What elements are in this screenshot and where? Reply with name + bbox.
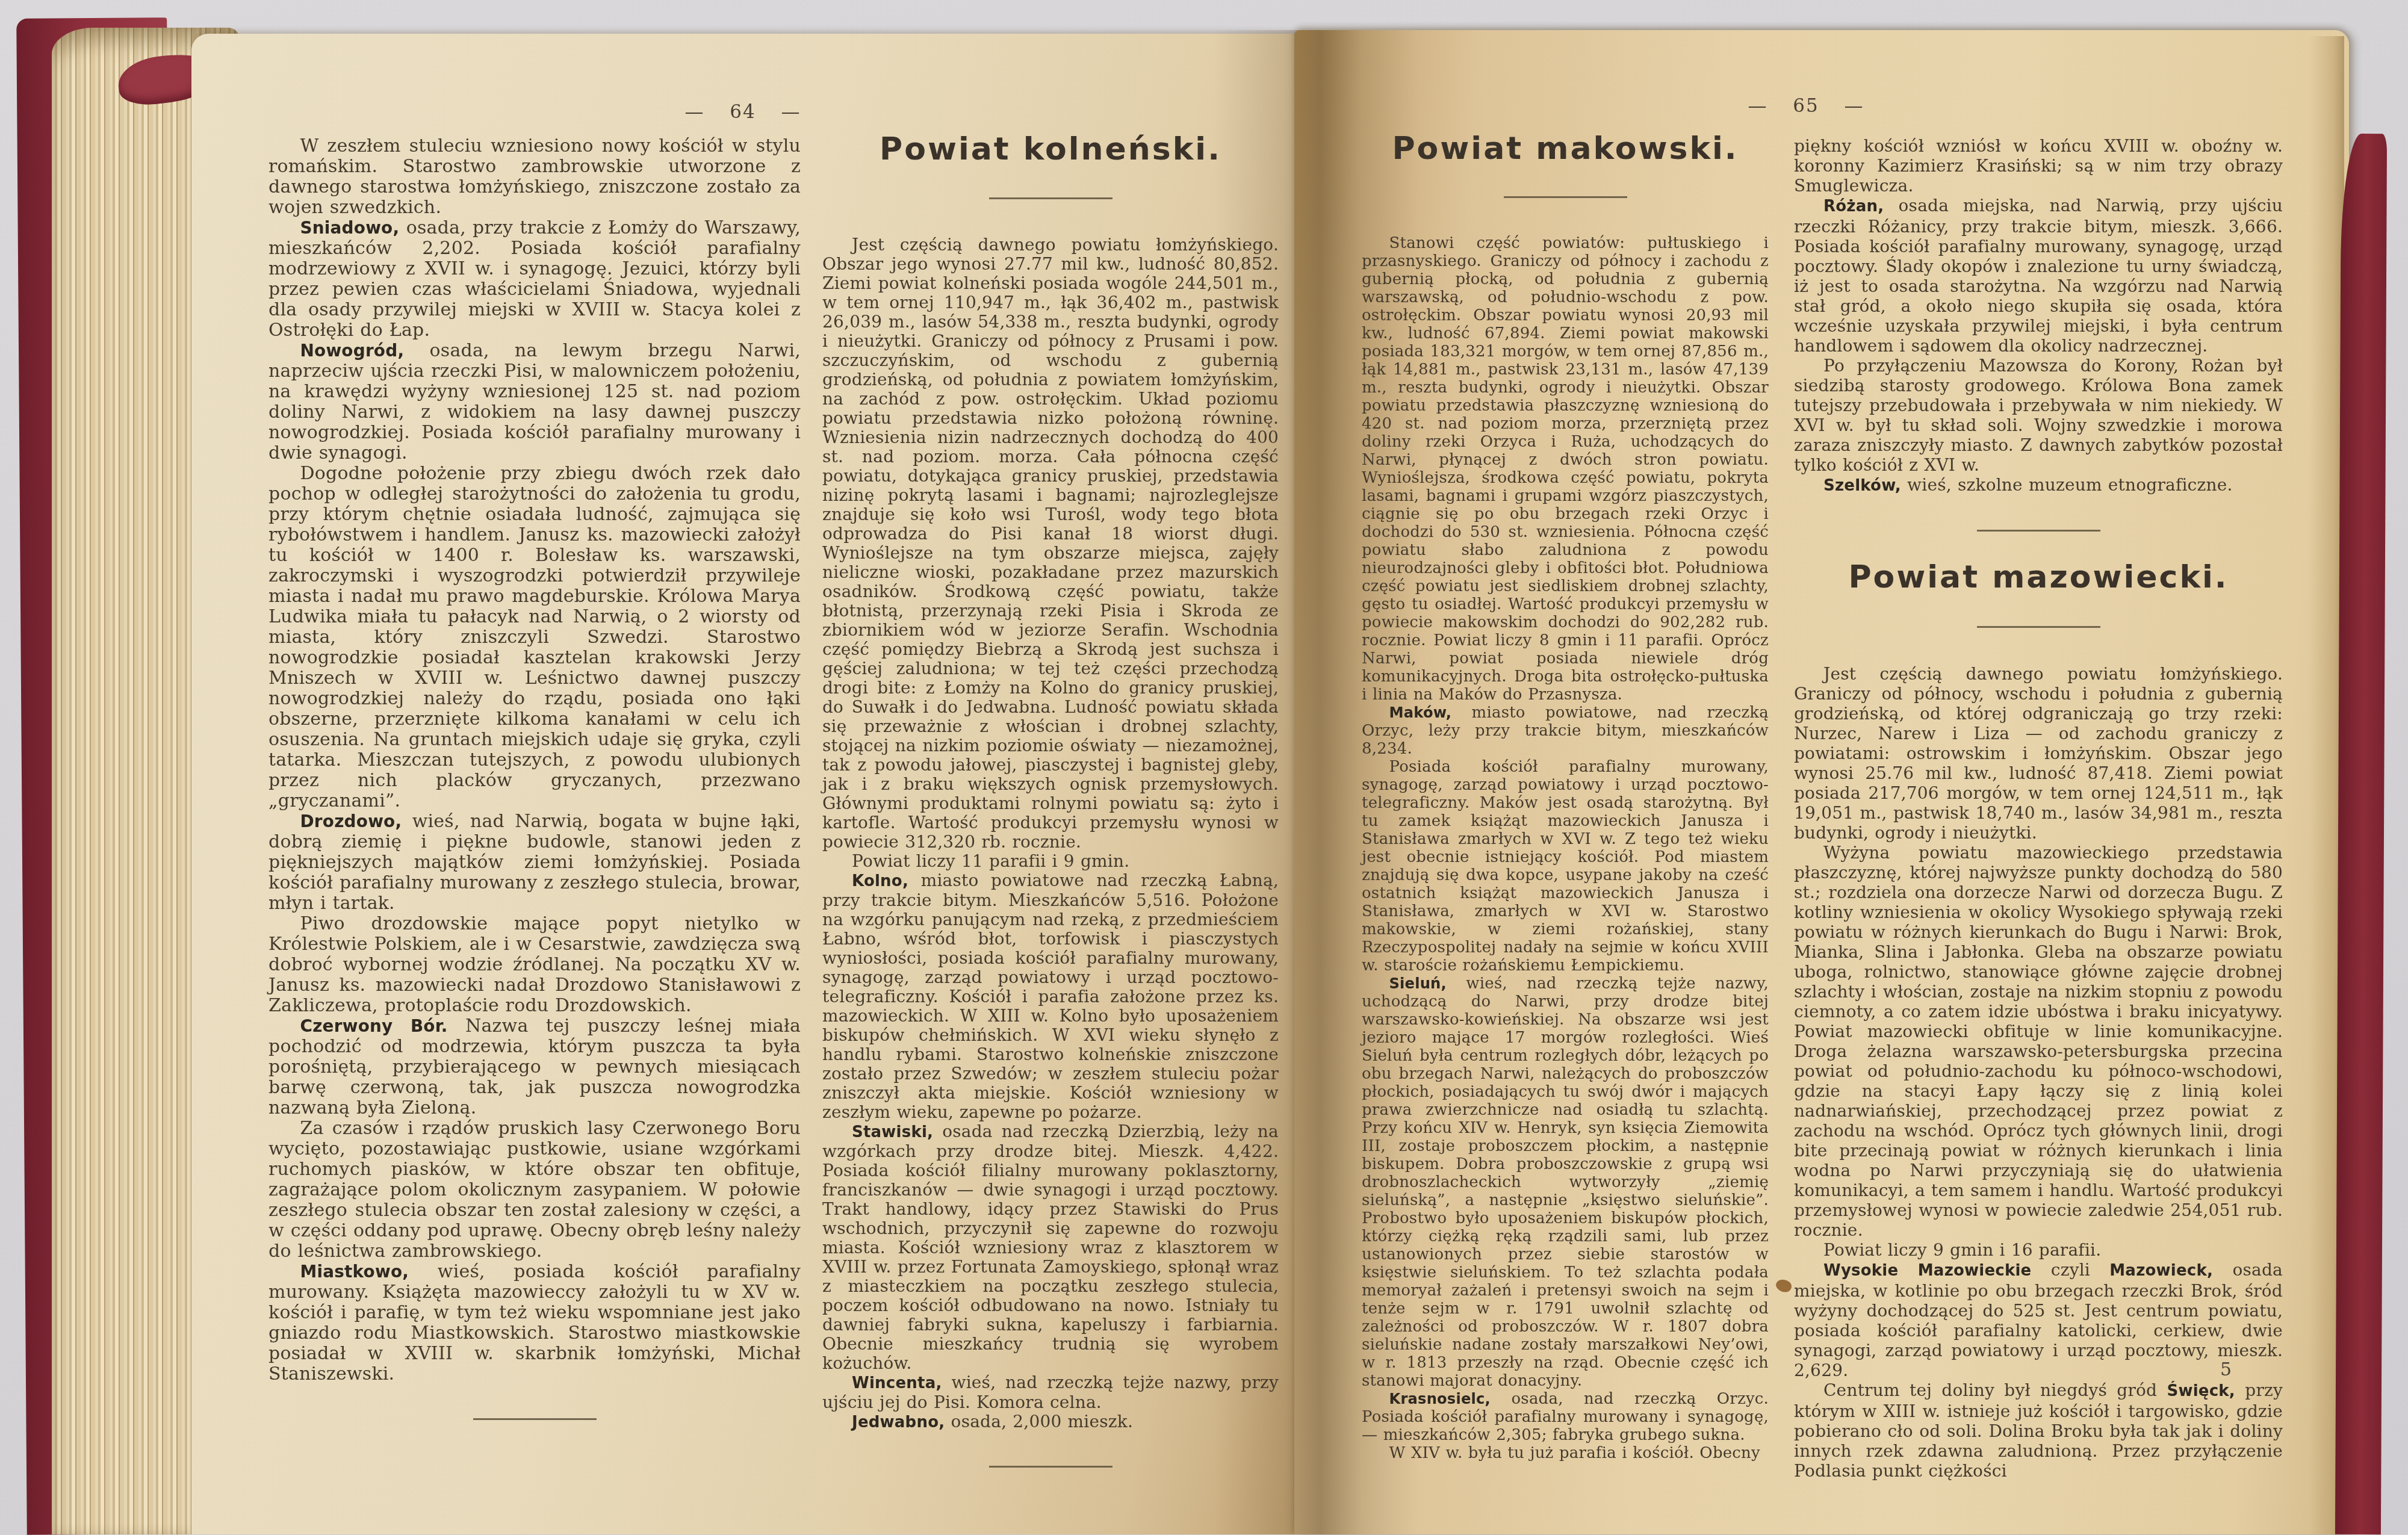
entry-name: Sieluń, bbox=[1389, 975, 1466, 992]
entry-name: Maków, bbox=[1389, 704, 1472, 721]
text-segment: osada nad rzeczką Dzierzbią, leży na wzg… bbox=[822, 1121, 1279, 1373]
paragraph: Miastkowo, wieś, posiada kościół parafia… bbox=[268, 1262, 801, 1385]
paragraph: Po przyłączeniu Mazowsza do Korony, Roża… bbox=[1794, 356, 2283, 475]
text-segment: wieś, nad rzeczką tejże nazwy, uchodzącą… bbox=[1362, 975, 1769, 1390]
entry-name: Drozdowo, bbox=[300, 811, 412, 831]
text-segment: Wyżyna powiatu mazowieckiego przedstawia… bbox=[1794, 843, 2283, 1240]
section-divider bbox=[989, 197, 1112, 199]
page-number-header-65: — 65 — bbox=[1294, 95, 2318, 117]
paragraph: Wysokie Mazowieckie czyli Mazowieck, osa… bbox=[1794, 1260, 2283, 1380]
text-segment: Centrum tej doliny był niegdyś gród bbox=[1823, 1380, 2167, 1400]
text-segment: wieś, szkolne muzeum etnograficzne. bbox=[1907, 475, 2232, 495]
entry-name: Różan, bbox=[1823, 197, 1899, 216]
text-segment: Jest częścią dawnego powiatu łomżyńskieg… bbox=[822, 235, 1279, 852]
text-segment: W zeszłem stuleciu wzniesiono nowy kości… bbox=[268, 135, 801, 218]
paragraph: Wincenta, wieś, nad rzeczką tejże nazwy,… bbox=[822, 1373, 1279, 1412]
paragraph: Różan, osada miejska, nad Narwią, przy u… bbox=[1794, 196, 2283, 356]
paragraph: Czerwony Bór. Nazwa tej puszczy leśnej m… bbox=[268, 1016, 801, 1118]
text-segment: Jest częścią dawnego powiatu łomżyńskieg… bbox=[1794, 664, 2283, 843]
text-segment: Stanowi część powiatów: pułtuskiego i pr… bbox=[1362, 234, 1769, 704]
text-segment: Powiat liczy 11 parafii i 9 gmin. bbox=[852, 851, 1129, 871]
text-segment: Piwo drozdowskie mające popyt nietylko w… bbox=[268, 913, 801, 1016]
section-heading: Powiat mazowiecki. bbox=[1794, 568, 2283, 588]
text-segment: Powiat liczy 9 gmin i 16 parafii. bbox=[1823, 1240, 2101, 1260]
paragraph: Powiat liczy 9 gmin i 16 parafii. bbox=[1794, 1240, 2283, 1260]
text-segment: Dogodne położenie przy zbiegu dwóch rzek… bbox=[268, 463, 801, 811]
entry-name: Mazowieck, bbox=[2109, 1262, 2232, 1280]
section-heading: Powiat kolneński. bbox=[822, 140, 1279, 159]
paragraph: Piwo drozdowskie mające popyt nietylko w… bbox=[268, 914, 801, 1016]
entry-name: Jedwabno, bbox=[852, 1413, 951, 1431]
paragraph: piękny kościół wzniósł w końcu XVIII w. … bbox=[1794, 136, 2283, 196]
text-segment: Za czasów i rządów pruskich lasy Czerwon… bbox=[268, 1118, 801, 1262]
paragraph: Sniadowo, osada, przy trakcie z Łomży do… bbox=[268, 218, 801, 341]
section-divider bbox=[1977, 530, 2100, 532]
paragraph: W zeszłem stuleciu wzniesiono nowy kości… bbox=[268, 136, 801, 218]
entry-name: Wincenta, bbox=[852, 1374, 951, 1392]
paragraph: Za czasów i rządów pruskich lasy Czerwon… bbox=[268, 1118, 801, 1262]
entry-name: Wysokie Mazowieckie bbox=[1823, 1262, 2051, 1280]
text-segment: miasto powiatowe nad rzeczką Łabną, przy… bbox=[822, 870, 1279, 1122]
paragraph: Dogodne położenie przy zbiegu dwóch rzek… bbox=[268, 464, 801, 811]
page-65-column-2: piękny kościół wzniósł w końcu XVIII w. … bbox=[1794, 136, 2283, 1481]
entry-name: Stawiski, bbox=[852, 1123, 942, 1141]
section-divider bbox=[1977, 626, 2100, 628]
paragraph: W XIV w. była tu już parafia i kościół. … bbox=[1362, 1444, 1769, 1462]
entry-name: Sniadowo, bbox=[300, 218, 406, 238]
paragraph: Stanowi część powiatów: pułtuskiego i pr… bbox=[1362, 234, 1769, 704]
text-segment: Po przyłączeniu Mazowsza do Korony, Roża… bbox=[1794, 356, 2283, 475]
paragraph: Kolno, miasto powiatowe nad rzeczką Łabn… bbox=[822, 871, 1279, 1122]
section-divider bbox=[989, 1466, 1112, 1468]
paragraph: Posiada kościół parafialny murowany, syn… bbox=[1362, 758, 1769, 975]
section-heading: Powiat makowski. bbox=[1362, 140, 1769, 158]
paragraph: Maków, miasto powiatowe, nad rzeczką Orz… bbox=[1362, 704, 1769, 758]
entry-name: Kolno, bbox=[852, 872, 921, 890]
entry-name: Czerwony Bór. bbox=[300, 1016, 466, 1036]
page-64-column-2: Powiat kolneński.Jest częścią dawnego po… bbox=[822, 136, 1279, 1504]
page-number-header-64: — 64 — bbox=[191, 101, 1294, 123]
text-segment: osada miejska, nad Narwią, przy ujściu r… bbox=[1794, 196, 2283, 356]
page-64-column-1: W zeszłem stuleciu wzniesiono nowy kości… bbox=[268, 136, 801, 1456]
section-divider bbox=[473, 1418, 597, 1420]
text-segment: czyli bbox=[2051, 1260, 2109, 1280]
paragraph: Jest częścią dawnego powiatu łomżyńskieg… bbox=[1794, 664, 2283, 843]
paragraph: Jedwabno, osada, 2,000 mieszk. bbox=[822, 1412, 1279, 1432]
text-segment: piękny kościół wzniósł w końcu XVIII w. … bbox=[1794, 136, 2283, 196]
signature-number: 5 bbox=[2220, 1359, 2232, 1380]
entry-name: Szelków, bbox=[1823, 477, 1907, 495]
entry-name: Święck, bbox=[2167, 1382, 2245, 1400]
page-65-column-1: Powiat makowski.Stanowi część powiatów: … bbox=[1362, 136, 1769, 1462]
book-photo: — 64 — — 65 — W zeszłem stuleciu wzniesi… bbox=[0, 0, 2408, 1534]
text-segment: Posiada kościół parafialny murowany, syn… bbox=[1362, 758, 1769, 975]
text-segment: osada, 2,000 mieszk. bbox=[951, 1412, 1133, 1431]
paragraph: Wyżyna powiatu mazowieckiego przedstawia… bbox=[1794, 843, 2283, 1240]
entry-name: Miastkowo, bbox=[300, 1262, 438, 1282]
section-divider bbox=[1504, 196, 1627, 198]
paragraph: Stawiski, osada nad rzeczką Dzierzbią, l… bbox=[822, 1122, 1279, 1373]
paragraph: Nowogród, osada, na lewym brzegu Narwi, … bbox=[268, 341, 801, 464]
text-segment: W XIV w. była tu już parafia i kościół. … bbox=[1389, 1444, 1760, 1462]
entry-name: Nowogród, bbox=[300, 341, 430, 361]
paragraph: Jest częścią dawnego powiatu łomżyńskieg… bbox=[822, 235, 1279, 852]
paragraph: Sieluń, wieś, nad rzeczką tejże nazwy, u… bbox=[1362, 975, 1769, 1390]
paragraph: Centrum tej doliny był niegdyś gród Świę… bbox=[1794, 1380, 2283, 1481]
entry-name: Krasnosielc, bbox=[1389, 1391, 1512, 1407]
book-cover-right bbox=[2335, 134, 2387, 1534]
paragraph: Krasnosielc, osada, nad rzeczką Orzyc. P… bbox=[1362, 1390, 1769, 1444]
paragraph: Powiat liczy 11 parafii i 9 gmin. bbox=[822, 852, 1279, 871]
paragraph: Drozdowo, wieś, nad Narwią, bogata w buj… bbox=[268, 811, 801, 914]
paragraph: Szelków, wieś, szkolne muzeum etnografic… bbox=[1794, 475, 2283, 496]
